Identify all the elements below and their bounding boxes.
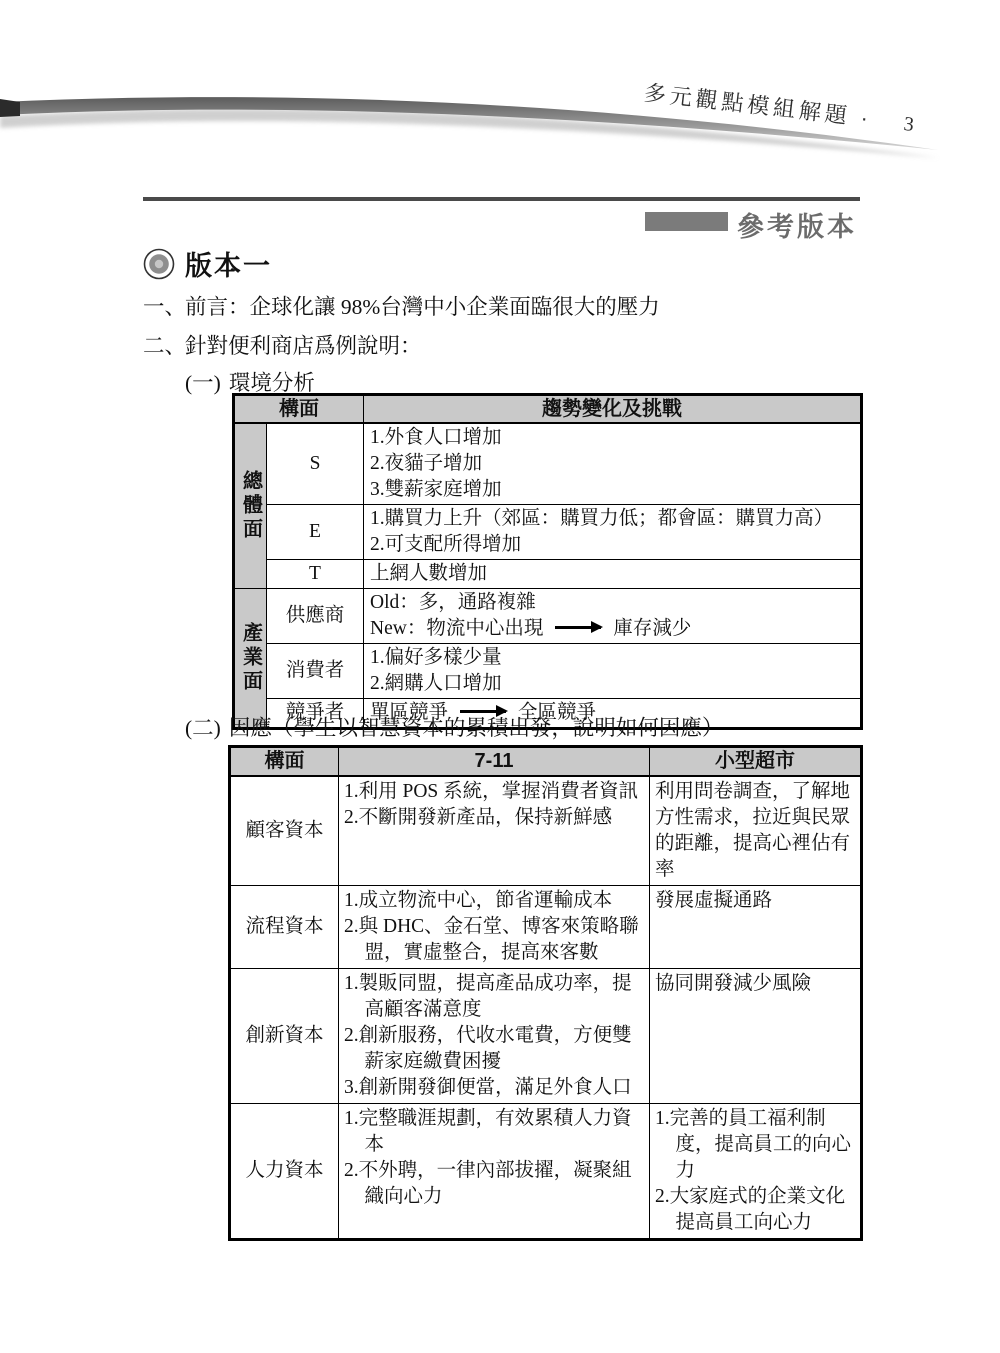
supplier-new-pre: New：物流中心出現 bbox=[370, 618, 543, 639]
section-divider-rule bbox=[143, 197, 860, 201]
subsection-one-number: (一) bbox=[185, 371, 221, 395]
subsection-two-number: (二) bbox=[185, 716, 221, 740]
env-row-consumer-content: 1.偏好多樣少量2.網購人口增加 bbox=[364, 644, 862, 699]
table-row: 創新資本 1.製販同盟，提高產品成功率，提高顧客滿意度2.創新服務，代收水電費，… bbox=[230, 968, 862, 1103]
subsection-two-heading: (二)因應（學生以智慧資本的累積出發，說明如何因應） bbox=[185, 711, 723, 742]
env-group-industry-label: 產業面 bbox=[241, 622, 261, 694]
env-table-header-dimension: 構面 bbox=[234, 395, 364, 424]
env-group-macro: 總體面 bbox=[234, 423, 267, 589]
version-heading: 版本一 bbox=[143, 244, 272, 283]
env-row-e-content: 1.購買力上升（郊區：購買力低；都會區：購買力高）2.可支配所得增加 bbox=[364, 505, 862, 560]
table-row: 人力資本 1.完整職涯規劃，有效累積人力資本2.不外聘，一律內部拔擢，凝聚組織向… bbox=[230, 1103, 862, 1239]
env-row-s-label: S bbox=[267, 423, 364, 505]
environment-analysis-table: 構面 趨勢變化及挑戰 總體面 S 1.外食人口增加2.夜貓子增加3.雙薪家庭增加… bbox=[232, 393, 863, 730]
env-table-header-trend: 趨勢變化及挑戰 bbox=[364, 395, 862, 424]
env-row-s-content: 1.外食人口增加2.夜貓子增加3.雙薪家庭增加 bbox=[364, 423, 862, 505]
resp-row-customer-711: 1.利用 POS 系統，掌握消費者資訊2.不斷開發新產品，保持新鮮感 bbox=[339, 776, 650, 886]
bullseye-icon bbox=[143, 248, 175, 280]
list-item-one-number: 一、 bbox=[143, 290, 185, 321]
env-row-supplier-label: 供應商 bbox=[267, 589, 364, 644]
response-table: 構面 7-11 小型超市 顧客資本 1.利用 POS 系統，掌握消費者資訊2.不… bbox=[228, 745, 863, 1241]
resp-row-process-label: 流程資本 bbox=[230, 885, 339, 968]
table-row: T 上網人數增加 bbox=[234, 560, 862, 589]
env-row-e-label: E bbox=[267, 505, 364, 560]
table-row: 總體面 S 1.外食人口增加2.夜貓子增加3.雙薪家庭增加 bbox=[234, 423, 862, 505]
env-group-industry: 產業面 bbox=[234, 589, 267, 729]
list-item-two: 二、針對便利商店爲例說明： bbox=[143, 329, 422, 360]
table-row: 流程資本 1.成立物流中心，節省運輸成本2.與 DHC、金石堂、博客來策略聯盟，… bbox=[230, 885, 862, 968]
env-row-consumer-label: 消費者 bbox=[267, 644, 364, 699]
table-row: 顧客資本 1.利用 POS 系統，掌握消費者資訊2.不斷開發新產品，保持新鮮感 … bbox=[230, 776, 862, 886]
resp-row-process-711: 1.成立物流中心，節省運輸成本2.與 DHC、金石堂、博客來策略聯盟，實虛整合，… bbox=[339, 885, 650, 968]
version-title: 版本一 bbox=[185, 244, 272, 283]
resp-row-process-minisuper: 發展虛擬通路 bbox=[650, 885, 862, 968]
reference-label: 參考版本 bbox=[737, 205, 857, 244]
resp-row-human-minisuper: 1.完善的員工福利制度，提高員工的向心力2.大家庭式的企業文化提高員工向心力 bbox=[650, 1103, 862, 1239]
right-arrow-icon bbox=[555, 626, 601, 629]
env-row-t-label: T bbox=[267, 560, 364, 589]
subsection-two-title: 因應（學生以智慧資本的累積出發，說明如何因應） bbox=[229, 716, 724, 740]
table-row: 消費者 1.偏好多樣少量2.網購人口增加 bbox=[234, 644, 862, 699]
resp-row-customer-minisuper: 利用問卷調查，了解地方性需求，拉近與民眾的距離，提高心裡佔有率 bbox=[650, 776, 862, 886]
resp-header-minisuper: 小型超市 bbox=[650, 747, 862, 776]
resp-row-human-711: 1.完整職涯規劃，有效累積人力資本2.不外聘，一律內部拔擢，凝聚組織向心力 bbox=[339, 1103, 650, 1239]
resp-row-innovation-711: 1.製販同盟，提高產品成功率，提高顧客滿意度2.創新服務，代收水電費，方便雙薪家… bbox=[339, 968, 650, 1103]
resp-header-711: 7-11 bbox=[339, 747, 650, 776]
env-row-supplier-content: Old：多，通路複雜 New：物流中心出現庫存減少 bbox=[364, 589, 862, 644]
list-item-one-text: 前言：企球化讓 98%台灣中小企業面臨很大的壓力 bbox=[185, 295, 660, 319]
env-group-macro-label: 總體面 bbox=[241, 470, 261, 542]
list-item-two-number: 二、 bbox=[143, 329, 185, 360]
resp-row-human-label: 人力資本 bbox=[230, 1103, 339, 1239]
supplier-old-line: Old：多，通路複雜 bbox=[370, 590, 854, 616]
reference-band: 參考版本 bbox=[645, 205, 860, 235]
resp-header-dimension: 構面 bbox=[230, 747, 339, 776]
subsection-one-title: 環境分析 bbox=[229, 371, 315, 395]
table-row: E 1.購買力上升（郊區：購買力低；都會區：購買力高）2.可支配所得增加 bbox=[234, 505, 862, 560]
resp-row-innovation-minisuper: 協同開發減少風險 bbox=[650, 968, 862, 1103]
resp-row-customer-label: 顧客資本 bbox=[230, 776, 339, 886]
supplier-new-post: 庫存減少 bbox=[613, 618, 691, 639]
env-row-t-content: 上網人數增加 bbox=[364, 560, 862, 589]
resp-row-innovation-label: 創新資本 bbox=[230, 968, 339, 1103]
list-item-one: 一、前言：企球化讓 98%台灣中小企業面臨很大的壓力 bbox=[143, 290, 660, 321]
running-head-separator: · bbox=[859, 105, 873, 131]
supplier-new-line: New：物流中心出現庫存減少 bbox=[370, 616, 854, 642]
list-item-two-text: 針對便利商店爲例說明： bbox=[185, 334, 422, 358]
reference-band-rectangle bbox=[645, 212, 728, 231]
table-row: 產業面 供應商 Old：多，通路複雜 New：物流中心出現庫存減少 bbox=[234, 589, 862, 644]
